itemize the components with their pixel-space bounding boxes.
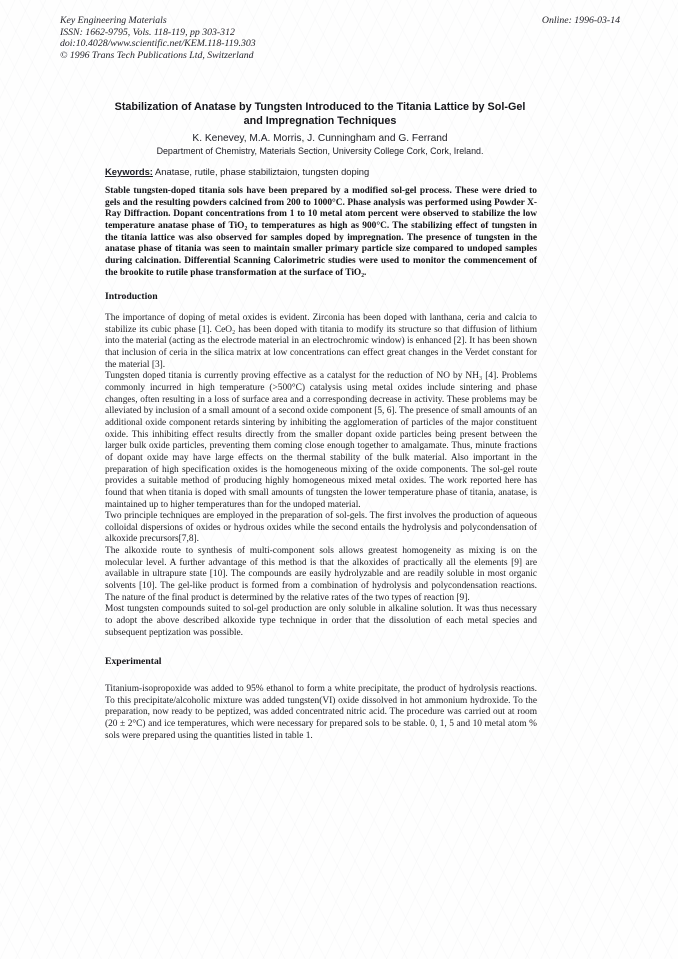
copyright-line: © 1996 Trans Tech Publications Ltd, Swit… (60, 50, 256, 62)
intro-paragraph-4: The alkoxide route to synthesis of multi… (105, 546, 537, 604)
issn-line: ISSN: 1662-9795, Vols. 118-119, pp 303-3… (60, 27, 256, 39)
paper-page: Key Engineering Materials ISSN: 1662-979… (0, 0, 678, 959)
intro-paragraph-1: The importance of doping of metal oxides… (105, 313, 537, 371)
title-block: Stabilization of Anatase by Tungsten Int… (74, 101, 566, 157)
intro-paragraph-3: Two principle techniques are employed in… (105, 511, 537, 546)
affiliation: Department of Chemistry, Materials Secti… (74, 146, 566, 157)
paper-title-line-2: and Impregnation Techniques (74, 115, 566, 129)
authors: K. Kenevey, M.A. Morris, J. Cunningham a… (74, 132, 566, 145)
keywords-line: Keywords: Anatase, rutile, phase stabili… (105, 166, 575, 178)
introduction-body: The importance of doping of metal oxides… (105, 313, 537, 639)
online-date: Online: 1996-03-14 (542, 15, 620, 27)
intro-paragraph-5: Most tungsten compounds suited to sol-ge… (105, 604, 537, 639)
journal-header: Key Engineering Materials ISSN: 1662-979… (60, 15, 256, 61)
paper-title-line-1: Stabilization of Anatase by Tungsten Int… (74, 101, 566, 115)
keywords-label: Keywords: (105, 166, 153, 177)
experimental-body: Titanium-isopropoxide was added to 95% e… (105, 684, 537, 742)
experimental-paragraph-1: Titanium-isopropoxide was added to 95% e… (105, 684, 537, 742)
journal-name: Key Engineering Materials (60, 15, 256, 27)
doi-line: doi:10.4028/www.scientific.net/KEM.118-1… (60, 38, 256, 50)
abstract-paragraph: Stable tungsten-doped titania sols have … (105, 186, 537, 279)
intro-paragraph-2: Tungsten doped titania is currently prov… (105, 371, 537, 511)
keywords-text: Anatase, rutile, phase stabiliztaion, tu… (153, 166, 369, 177)
section-heading-experimental: Experimental (105, 656, 162, 668)
section-heading-introduction: Introduction (105, 291, 158, 303)
